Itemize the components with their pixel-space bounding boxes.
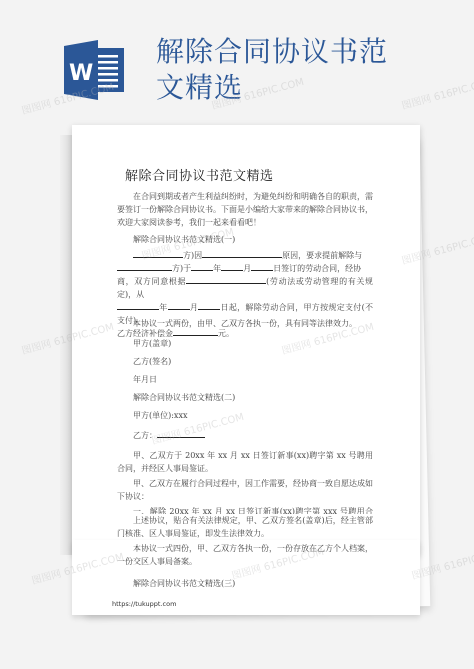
blank-field[interactable] (157, 429, 205, 438)
section1-heading: 解除合同协议书范文精选(一) (117, 233, 373, 246)
blank-field[interactable] (133, 249, 183, 258)
section3-heading: 解除合同协议书范文精选(三) (133, 578, 235, 589)
blank-field[interactable] (168, 301, 190, 310)
blank-field[interactable] (191, 262, 213, 271)
document-title: 解除合同协议书范文精选 (125, 165, 274, 184)
blank-field[interactable] (186, 275, 266, 284)
word-icon: W (64, 40, 126, 100)
s2-paragraph-1: 甲、乙双方于 20xx 年 xx 月 xx 日签订新事(xx)聘字第 xx 号聘… (117, 449, 373, 475)
footer-url[interactable]: https://tukuppt.com (112, 600, 176, 608)
party-a-seal: 甲方(盖章) (117, 337, 373, 350)
blank-field[interactable] (198, 301, 220, 310)
blank-field[interactable] (221, 262, 243, 271)
blank-field[interactable] (117, 301, 159, 310)
s2-paragraph-3: 上述协议，贴合有关法律规定，甲、乙双方签名(盖章)后，经主管部门核准、区人事局鉴… (117, 514, 373, 540)
copies-clause: 本协议一式两份，由甲、乙双方各执一份，具有同等法律效力。 (117, 317, 373, 330)
form-line-3: 商，双方同意根据(劳动法或劳动管理的有关规定)，从 (117, 275, 373, 301)
party-b-field: 乙方： (117, 429, 373, 442)
form-line-2: 方)于年月日签订的劳动合同，经协 (117, 262, 373, 275)
s2-paragraph-2: 甲、乙双方在履行合同过程中，因工作需要，经协商一致自愿达成如下协议： (117, 477, 373, 503)
hero-title: 解除合同协议书范文精选 (156, 34, 416, 106)
form-line-1: 方)因原因，要求提前解除与 (117, 249, 373, 262)
header: W 解除合同协议书范文精选 (0, 0, 474, 110)
intro-paragraph: 在合同到期或者产生利益纠纷时，为避免纠纷和明确各自的职责，需要签订一份解除合同协… (117, 190, 373, 229)
blank-field[interactable] (202, 249, 282, 258)
date-line: 年月日 (117, 373, 373, 386)
party-a-unit: 甲方(单位):xxx (117, 409, 373, 422)
blank-field[interactable] (117, 262, 172, 271)
section2-heading: 解除合同协议书范文精选(二) (117, 391, 373, 404)
document-page: 解除合同协议书范文精选 在合同到期或者产生利益纠纷时，为避免纠纷和明确各自的职责… (72, 125, 420, 555)
blank-field[interactable] (251, 262, 273, 271)
s2-paragraph-4: 本协议一式四份，甲、乙双方各执一份，一份存放在乙方个人档案，一份交区人事局备案。 (117, 542, 373, 568)
svg-text:W: W (69, 61, 93, 86)
party-b-sign: 乙方(签名) (117, 355, 373, 368)
page-bottom: 本协议一式四份，甲、乙双方各执一份，一份存放在乙方个人档案，一份交区人事局备案。… (72, 540, 420, 615)
